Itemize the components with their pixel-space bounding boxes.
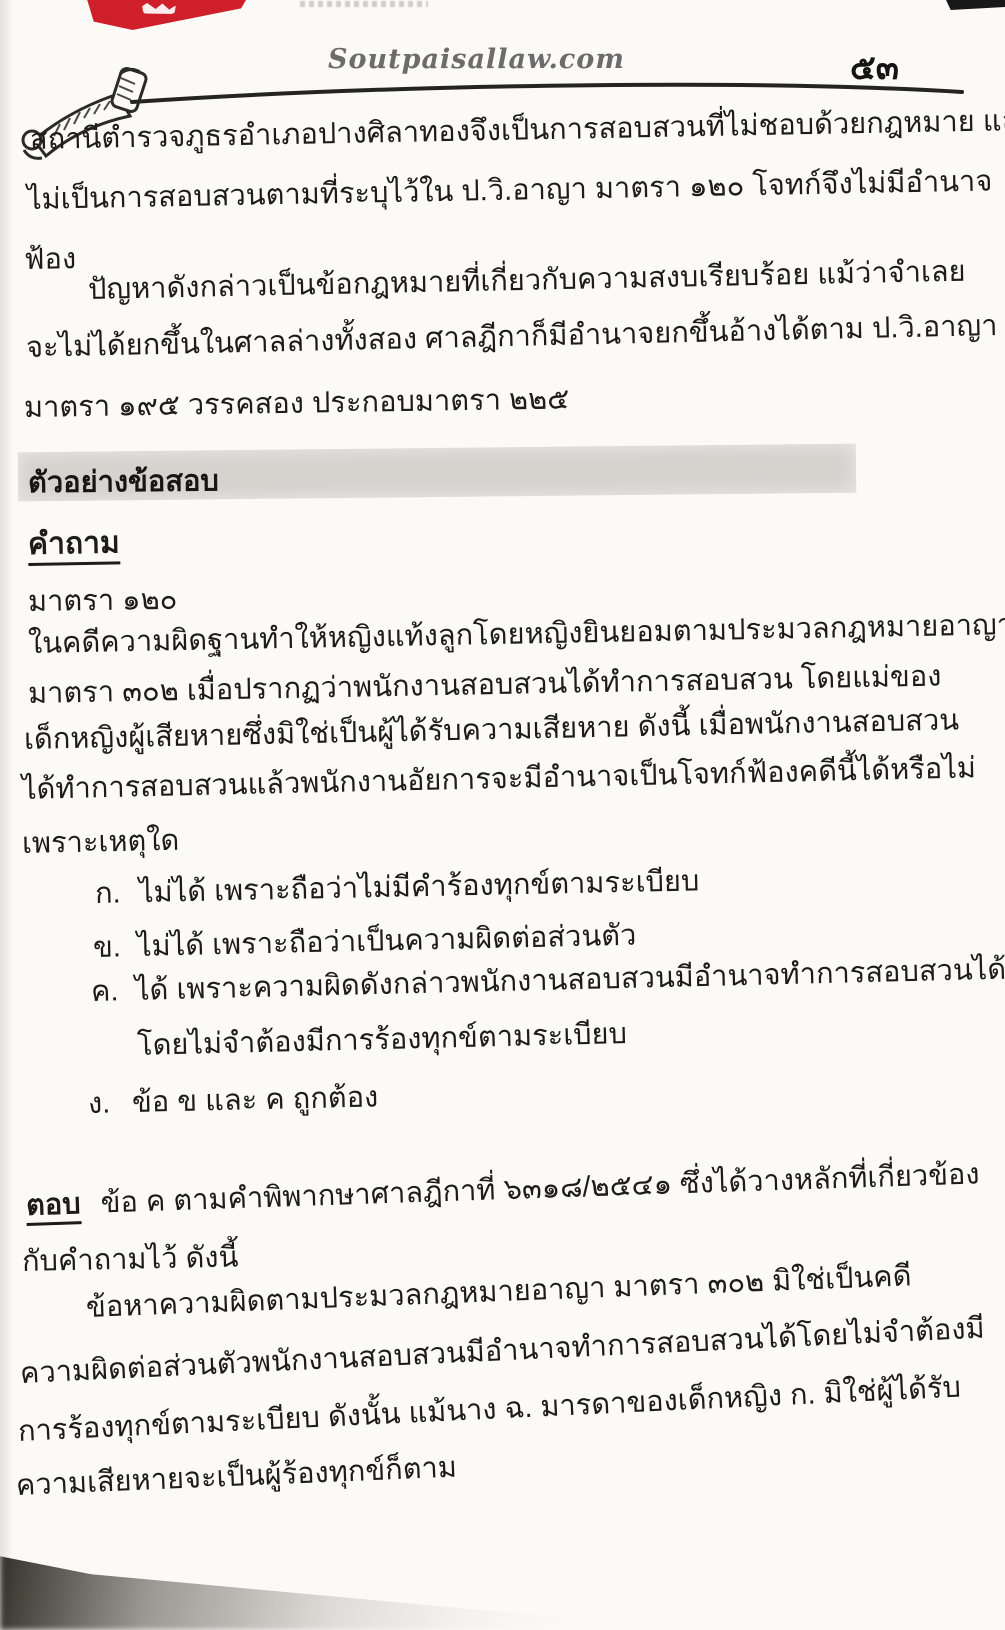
body-line: ไม่เป็นการสอบสวนตามที่ระบุไว้ใน ป.วิ.อาญ… bbox=[27, 157, 993, 222]
choice-key: ค. bbox=[90, 967, 119, 1014]
body-line: ปัญหาดังกล่าวเป็นข้อกฎหมายที่เกี่ยวกับคว… bbox=[88, 248, 967, 312]
section-header-label: ตัวอย่างข้อสอบ bbox=[28, 457, 219, 505]
body-line: จะไม่ได้ยกขึ้นในศาลล่างทั้งสอง ศาลฎีกาก็… bbox=[25, 302, 997, 370]
faint-print-through bbox=[300, 1, 428, 7]
answer-line: ข้อ ค ตามคำพิพากษาศาลฎีกาที่ ๖๓๑๘/๒๕๔๑ ซ… bbox=[100, 1158, 980, 1219]
choice-key: ข. bbox=[92, 923, 121, 970]
black-book-corner bbox=[946, 0, 1005, 10]
answer-line: กับคำถามไว้ ดังนี้ bbox=[22, 1233, 239, 1284]
page-curl-shadow bbox=[0, 1540, 760, 1630]
choice-continuation: โดยไม่จำต้องมีการร้องทุกข์ตามระเบียบ bbox=[136, 1010, 627, 1068]
scanned-book-page: Soutpaisallaw.com ๕๓ สถานีตำรวจภูธรอำเภอ… bbox=[0, 0, 1005, 1630]
choice-text: ไม่ได้ เพราะถือว่าไม่มีคำร้องทุกข์ตามระเ… bbox=[139, 865, 700, 909]
choice-key: ก. bbox=[95, 869, 124, 916]
choice-row: ก.ไม่ได้ เพราะถือว่าไม่มีคำร้องทุกข์ตามร… bbox=[95, 857, 700, 916]
answer-row: ตอบข้อ ค ตามคำพิพากษาศาลฎีกาที่ ๖๓๑๘/๒๕๔… bbox=[25, 1150, 980, 1228]
section-header-bar: ตัวอย่างข้อสอบ bbox=[18, 444, 856, 502]
question-line: เพราะเหตุใด bbox=[22, 817, 180, 866]
body-line: มาตรา ๑๙๕ วรรคสอง ประกอบมาตรา ๒๒๕ bbox=[24, 375, 570, 430]
answer-label: ตอบ bbox=[26, 1188, 82, 1226]
red-tab-white-print bbox=[142, 3, 176, 14]
choice-row: ง.ข้อ ข และ ค ถูกต้อง bbox=[87, 1073, 378, 1126]
choice-key: ง. bbox=[87, 1079, 116, 1126]
body-line: ฟ้อง bbox=[24, 235, 77, 282]
question-label: คำถาม bbox=[28, 519, 121, 568]
answer-line: ความเสียหายจะเป็นผู้ร้องทุกข์ก็ตาม bbox=[15, 1444, 458, 1508]
site-header: Soutpaisallaw.com bbox=[328, 44, 625, 75]
red-cover-tab bbox=[84, 0, 246, 30]
choice-text: ข้อ ข และ ค ถูกต้อง bbox=[132, 1081, 379, 1119]
